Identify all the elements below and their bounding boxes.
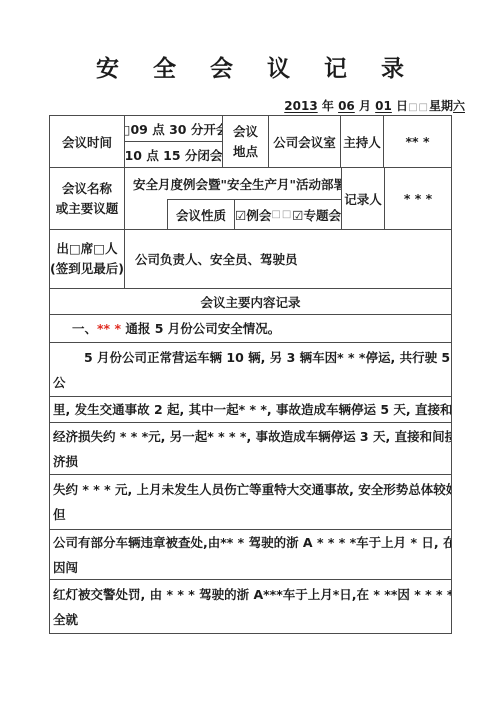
document-page: 安 全 会 议 记 录 2013 年 06 月 01 日□□星期六 会议时间 □… xyxy=(0,0,500,708)
host-label-cell: 主持人 xyxy=(341,116,384,167)
weekday-prefix: 星期 xyxy=(429,99,453,113)
paragraph5-line1: 公司有部分车辆违章被查处,由** * 驾驶的浙 A * * * *车于上月 * … xyxy=(50,530,451,555)
meeting-record-table: 会议时间 □09 点 30 分开会 10 点 15 分闭会 会议 地点 公司会议… xyxy=(49,115,452,634)
nature-label-cell: 会议性质 xyxy=(167,199,234,229)
minutes-paragraph2-row: 里, 发生交通事故 2 起, 其中一起* * *, 事故造成车辆停运 5 天, … xyxy=(50,397,451,423)
recorder-value-cell: * * * xyxy=(385,168,451,229)
row-meeting-name: 会议名称 或主要议题 安全月度例会暨"安全生产月"活动部署会 会议性质 ☑例会 … xyxy=(50,168,451,230)
date-month-unit: 月 xyxy=(359,99,371,113)
paragraph4-line1: 失约 * * * 元, 上月未发生人员伤亡等重特大交通事故, 安全形势总体较好。 xyxy=(50,477,451,502)
minutes-paragraph3-row: 经济损失约 * * *元, 另一起* * * *, 事故造成车辆停运 3 天, … xyxy=(50,423,451,475)
minutes-item1-row: 一、** * 通报 5 月份公司安全情况。 xyxy=(50,315,451,343)
nature-checkbox-special: ☑专题会 xyxy=(292,206,341,224)
attendees-value-cell: 公司负责人、安全员、驾驶员 xyxy=(125,230,451,288)
document-title: 安 全 会 议 记 录 xyxy=(0,50,500,83)
meeting-place-value-cell: 公司会议室 xyxy=(269,116,341,167)
paragraph6-line2: 全就 xyxy=(50,607,451,632)
minutes-item1-line: 一、** * 通报 5 月份公司安全情况。 xyxy=(50,316,451,341)
attendees-label-line1: 出□席□人 xyxy=(56,239,117,259)
date-month: 06 xyxy=(338,99,355,113)
item1-text: 通报 5 月份公司安全情况。 xyxy=(125,321,280,336)
paragraph1-line1: 5 月份公司正常营运车辆 10 辆, 另 3 辆车因* * *停运, 共行驶 5… xyxy=(50,345,451,370)
row-attendees: 出□席□人 (签到见最后) 公司负责人、安全员、驾驶员 xyxy=(50,230,451,289)
meeting-time-value-cell: □09 点 30 分开会 10 点 15 分闭会 xyxy=(125,116,223,167)
meeting-place-label-cell: 会议 地点 xyxy=(223,116,269,167)
date-year-unit: 年 xyxy=(322,99,334,113)
paragraph6-line1: 红灯被交警处罚, 由 * * * 驾驶的浙 A***车于上月*日,在 * **因… xyxy=(50,582,451,607)
host-value-cell: ** * xyxy=(384,116,451,167)
minutes-paragraph6-row: 红灯被交警处罚, 由 * * * 驾驶的浙 A***车于上月*日,在 * **因… xyxy=(50,580,451,633)
paragraph5-line2: 因闯 xyxy=(50,555,451,580)
place-label-line2: 地点 xyxy=(233,142,258,162)
meeting-nature-subrow: 会议性质 ☑例会 □□ ☑专题会 xyxy=(125,199,341,229)
item1-redacted-name: ** * xyxy=(97,321,125,336)
nature-gap-squares: □□ xyxy=(271,209,292,220)
nature-checkbox-regular: ☑例会 xyxy=(235,206,271,224)
minutes-paragraph1-row: 5 月份公司正常营运车辆 10 辆, 另 3 辆车因* * *停运, 共行驶 5… xyxy=(50,343,451,397)
row-section-header: 会议主要内容记录 xyxy=(50,289,451,315)
attendees-label-cell: 出□席□人 (签到见最后) xyxy=(50,230,125,288)
minutes-paragraph5-row: 公司有部分车辆违章被查处,由** * 驾驶的浙 A * * * *车于上月 * … xyxy=(50,530,451,580)
date-line: 2013 年 06 月 01 日□□星期六 xyxy=(284,97,465,114)
meeting-open-time: □09 点 30 分开会 xyxy=(125,116,222,142)
meeting-name-label-cell: 会议名称 或主要议题 xyxy=(50,168,125,229)
paragraph1-line2: 公 xyxy=(50,370,451,395)
meeting-name-text: 安全月度例会暨"安全生产月"活动部署会 xyxy=(125,168,341,199)
nature-spacer xyxy=(125,199,167,229)
paragraph3-line1: 经济损失约 * * *元, 另一起* * * *, 事故造成车辆停运 3 天, … xyxy=(50,424,451,449)
paragraph2-line1: 里, 发生交通事故 2 起, 其中一起* * *, 事故造成车辆停运 5 天, … xyxy=(50,397,451,422)
item1-prefix: 一、 xyxy=(72,321,97,336)
section-header-cell: 会议主要内容记录 xyxy=(50,289,451,314)
date-day: 01 xyxy=(375,99,392,113)
place-label-line1: 会议 xyxy=(233,122,258,142)
date-year: 2013 xyxy=(284,99,317,113)
attendees-label-line2: (签到见最后) xyxy=(50,259,124,279)
name-label-line1: 会议名称 xyxy=(62,179,112,199)
row-meeting-time: 会议时间 □09 点 30 分开会 10 点 15 分闭会 会议 地点 公司会议… xyxy=(50,116,451,168)
recorder-label-cell: 记录人 xyxy=(342,168,385,229)
paragraph3-line2: 济损 xyxy=(50,449,451,474)
paragraph4-line2: 但 xyxy=(50,502,451,527)
meeting-time-label-cell: 会议时间 xyxy=(50,116,125,167)
nature-value-cell: ☑例会 □□ ☑专题会 xyxy=(234,199,341,229)
name-label-line2: 或主要议题 xyxy=(56,199,119,219)
weekday-value: 六 xyxy=(453,99,465,113)
date-placeholder-squares: □□ xyxy=(408,102,429,113)
meeting-name-value-cell: 安全月度例会暨"安全生产月"活动部署会 会议性质 ☑例会 □□ ☑专题会 xyxy=(125,168,342,229)
minutes-paragraph4-row: 失约 * * * 元, 上月未发生人员伤亡等重特大交通事故, 安全形势总体较好。… xyxy=(50,475,451,530)
date-day-unit: 日 xyxy=(396,99,408,113)
meeting-close-time: 10 点 15 分闭会 xyxy=(125,142,222,167)
